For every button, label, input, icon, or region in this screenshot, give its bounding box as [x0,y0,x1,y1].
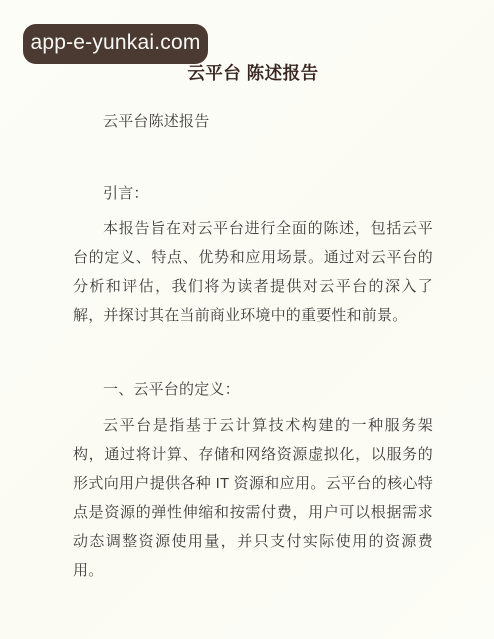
document-body: 云平台 陈述报告 云平台陈述报告 引言： 本报告旨在对云平台进行全面的陈述，包括… [0,0,494,585]
document-title: 云平台 陈述报告 [73,0,433,85]
section-heading-intro: 引言： [73,179,433,208]
document-page: app-e-yunkai.com 云平台 陈述报告 云平台陈述报告 引言： 本报… [0,0,494,639]
section-paragraph-definition: 云平台是指基于云计算技术构建的一种服务架构，通过将计算、存储和网络资源虚拟化，以… [73,411,433,585]
section-paragraph-intro: 本报告旨在对云平台进行全面的陈述，包括云平台的定义、特点、优势和应用场景。通过对… [73,214,433,330]
document-subtitle: 云平台陈述报告 [73,107,433,136]
section-heading-definition: 一、云平台的定义： [73,375,433,404]
